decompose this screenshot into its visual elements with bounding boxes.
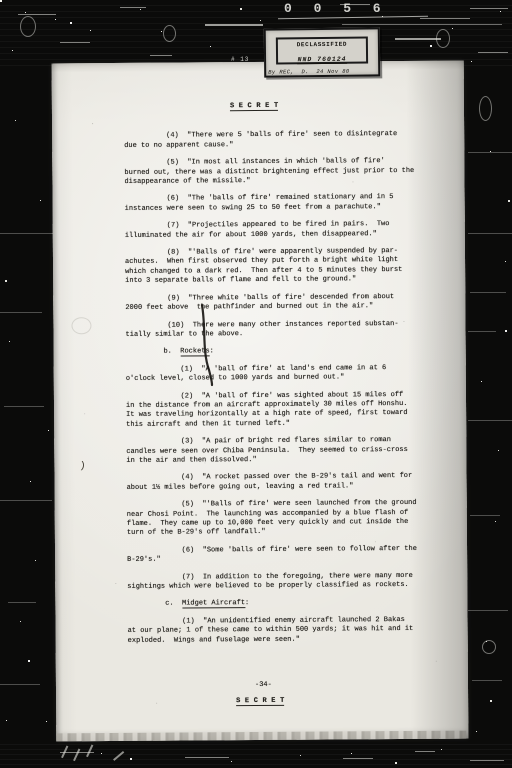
film-frame-line <box>0 684 40 685</box>
film-streak <box>470 760 504 761</box>
film-streak <box>342 24 502 25</box>
film-circle-mark <box>482 640 496 654</box>
para-a-7: (7) "Projectiles appeared to be fired in… <box>125 220 429 241</box>
film-streak <box>478 52 508 53</box>
film-frame-line <box>0 500 52 501</box>
page-number: -34- <box>128 680 432 692</box>
scanned-document-frame: 0 0 5 6 # 13 ) S E C R E T (4) "There we… <box>0 0 512 768</box>
para-b-3: (3) "A pair of bright red flares similar… <box>126 436 430 466</box>
film-streak <box>18 14 56 15</box>
para-a-6: (6) "The 'balls of fire' remained statio… <box>125 193 429 214</box>
film-streak <box>120 7 146 8</box>
paper-stain <box>71 317 91 334</box>
classification-header-text: S E C R E T <box>230 102 278 111</box>
film-circle-mark <box>20 16 36 37</box>
para-a-10: (10) There were many other instances rep… <box>125 319 429 340</box>
film-streak <box>205 24 263 26</box>
handwritten-edge-note: # 13 <box>231 56 249 63</box>
film-streak <box>470 8 508 9</box>
film-frame-line <box>472 680 502 681</box>
classification-footer: S E C R E T <box>128 696 432 708</box>
film-streak <box>60 42 90 43</box>
classification-footer-text: S E C R E T <box>236 697 284 706</box>
page-footer: -34- S E C R E T <box>128 680 432 708</box>
heading-prefix: c. <box>127 600 182 608</box>
film-streak <box>420 18 470 19</box>
film-streak <box>150 55 172 56</box>
film-streak <box>343 758 373 759</box>
film-circle-mark <box>163 25 176 42</box>
para-b-7: (7) In addition to the foregoing, there … <box>127 571 431 592</box>
para-b-2: (2) "A 'ball of fire' was sighted about … <box>126 390 430 430</box>
film-frame-line <box>0 312 42 313</box>
film-circle-mark <box>479 96 492 121</box>
declassified-stamp-byline: By REC, D. 24 Nov 80 <box>268 67 388 75</box>
heading-title: Rockets <box>180 348 209 357</box>
pen-bracket-mark: ) <box>79 461 86 473</box>
film-frame-line <box>8 602 36 603</box>
film-specks <box>0 0 2 2</box>
para-b-1: (1) "A 'ball of fire' at land's end came… <box>126 364 430 385</box>
film-streak <box>395 38 441 40</box>
declassified-stamp-number: NND 760124 <box>298 56 347 65</box>
handwritten-frame-number: 0 0 5 6 <box>284 1 388 16</box>
heading-prefix: b. <box>126 348 181 356</box>
film-frame-line <box>468 331 496 332</box>
typed-page-content: S E C R E T (4) "There were 5 'balls of … <box>124 101 432 708</box>
para-c-1: (1) "An unidentified enemy aircraft laun… <box>128 616 432 646</box>
declassified-stamp-title: DECLASSIFIED <box>278 41 366 49</box>
para-b-5: (5) "'Balls of fire' were seen launched … <box>127 499 431 539</box>
film-streak <box>185 757 229 758</box>
para-a-5: (5) "In most all instances in which 'bal… <box>124 157 428 187</box>
film-frame-line <box>468 420 512 421</box>
film-frame-line <box>4 406 44 407</box>
film-frame-line <box>468 610 508 611</box>
film-frame-line <box>470 515 500 516</box>
film-circle-mark <box>436 29 450 48</box>
heading-title: Midget Aircraft <box>182 600 245 609</box>
para-a-8: (8) "'Balls of fire' were apparently sus… <box>125 247 429 287</box>
film-streak <box>415 751 435 752</box>
para-b-6: (6) "Some 'balls of fire' were seen to f… <box>127 545 431 566</box>
heading-rockets: b. Rockets: <box>126 346 430 358</box>
film-frame-line <box>468 152 512 153</box>
para-b-4: (4) "A rocket passed over the B-29's tai… <box>127 472 431 493</box>
heading-colon: : <box>210 348 214 356</box>
declassified-stamp: DECLASSIFIED NND 760124 By REC, D. 24 No… <box>264 27 381 77</box>
para-a-4: (4) "There were 5 'balls of fire' seen t… <box>124 130 428 151</box>
classification-header: S E C R E T <box>124 101 428 113</box>
film-grain-top <box>0 0 512 66</box>
paper-sheet: ) S E C R E T (4) "There were 5 'balls o… <box>52 61 469 742</box>
film-frame-line <box>470 292 506 293</box>
para-a-9: (9) "Three white 'balls of fire' descend… <box>125 293 429 314</box>
declassified-stamp-box: DECLASSIFIED NND 760124 <box>276 37 368 65</box>
paper-dust <box>52 63 53 64</box>
heading-colon: : <box>245 600 249 608</box>
heading-midget-aircraft: c. Midget Aircraft: <box>127 598 431 610</box>
film-frame-line <box>468 233 512 234</box>
film-frame-line <box>0 233 56 234</box>
